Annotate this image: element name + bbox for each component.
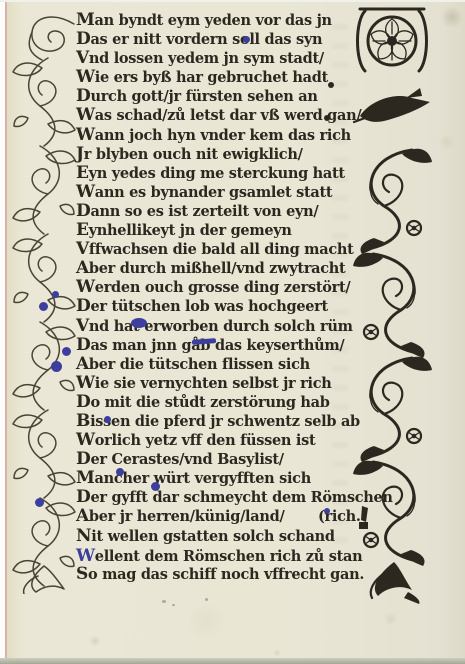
blue-ink-mark bbox=[243, 36, 250, 43]
poem-line: Vnd hat erworben durch solch rüm bbox=[76, 317, 358, 336]
poem-line: Wie sie vernychten selbst jr rich bbox=[76, 374, 358, 393]
blue-ink-mark bbox=[51, 361, 62, 372]
poem-line: Was schad/zů letst dar vß werd gan/ bbox=[76, 106, 358, 125]
poem-line: So mag das schiff noch vffrecht gan. bbox=[76, 565, 358, 584]
poem-line: Man byndt eym yeden vor das jn bbox=[76, 11, 358, 30]
rose-blossom-woodcut bbox=[358, 9, 427, 71]
bird-woodcut bbox=[354, 88, 430, 122]
poem-line: Jr blyben ouch nit ewigklich/ bbox=[76, 145, 358, 164]
page-edge-top bbox=[0, 0, 465, 2]
faint-ink-mark bbox=[205, 598, 208, 601]
poem-line: Aber die tütschen flissen sich bbox=[76, 355, 358, 374]
page-edge-bottom bbox=[0, 658, 465, 664]
page-edge-line bbox=[5, 0, 7, 664]
poem-line: Der gyfft dar schmeycht dem Römschen bbox=[76, 488, 358, 507]
poem-line: Wie ers byß har gebruchet hadt bbox=[76, 68, 358, 87]
poem-line: Eynhellikeyt jn der gemeyn bbox=[76, 221, 358, 240]
blue-ink-mark bbox=[104, 416, 111, 423]
poem-line: Nit wellen gstatten solch schand bbox=[76, 527, 358, 546]
faint-ink-mark bbox=[172, 604, 175, 606]
blue-ink-mark bbox=[324, 508, 330, 514]
black-ink-mark bbox=[328, 82, 334, 88]
blue-ink-mark bbox=[151, 482, 160, 491]
hand-colored-initial: W bbox=[76, 545, 95, 566]
faint-ink-mark bbox=[162, 600, 166, 603]
poem-line: Wann joch hyn vnder kem das rich bbox=[76, 126, 358, 145]
poem-line: Der tütschen lob was hochgeert bbox=[76, 297, 358, 316]
book-page-scan: Man byndt eym yeden vor das jnDas er nit… bbox=[0, 0, 465, 664]
poem-line: Durch gott/jr fürsten sehen an bbox=[76, 87, 358, 106]
poem-line: Vffwachsen die bald all ding macht bbox=[76, 240, 358, 259]
poem-line: Worlich yetz vff den füssen ist bbox=[76, 431, 358, 450]
poem-line: Eyn yedes ding me sterckung hatt bbox=[76, 164, 358, 183]
poem-line: Wann es bynander gsamlet statt bbox=[76, 183, 358, 202]
poem-line: Das man jnn gåb das keyserthům/ bbox=[76, 336, 358, 355]
blue-ink-mark bbox=[35, 498, 44, 507]
blue-ink-mark bbox=[116, 468, 124, 476]
poem-line: Aber durch mißhell/vnd zwytracht bbox=[76, 259, 358, 278]
poem-line: Werden ouch grosse ding zerstört/ bbox=[76, 278, 358, 297]
black-ink-mark bbox=[324, 115, 330, 121]
blue-ink-mark bbox=[62, 347, 71, 356]
poem-line: Wellent dem Römschen rich zů stan bbox=[76, 546, 358, 565]
poem-line: Das er nitt vordern soll das syn bbox=[76, 30, 358, 49]
blue-ink-mark bbox=[52, 291, 59, 298]
poem-line: Do mit die stůdt zerstörung hab bbox=[76, 393, 358, 412]
poem-line: Bissen die pferd jr schwentz selb ab bbox=[76, 412, 358, 431]
poem-line: Aber jr herren/künig/land/ bbox=[76, 507, 358, 526]
poem-line: Dann so es ist zerteilt von eyn/ bbox=[76, 202, 358, 221]
poem-text-block: Man byndt eym yeden vor das jnDas er nit… bbox=[76, 11, 358, 584]
poem-line: Vnd lossen yedem jn sym stadt/ bbox=[76, 49, 358, 68]
blue-ink-mark bbox=[39, 302, 48, 311]
right-floral-border-woodcut bbox=[350, 6, 435, 604]
blue-ink-mark bbox=[131, 318, 147, 328]
poem-line: Der Cerastes/vnd Basylist/ bbox=[76, 450, 358, 469]
